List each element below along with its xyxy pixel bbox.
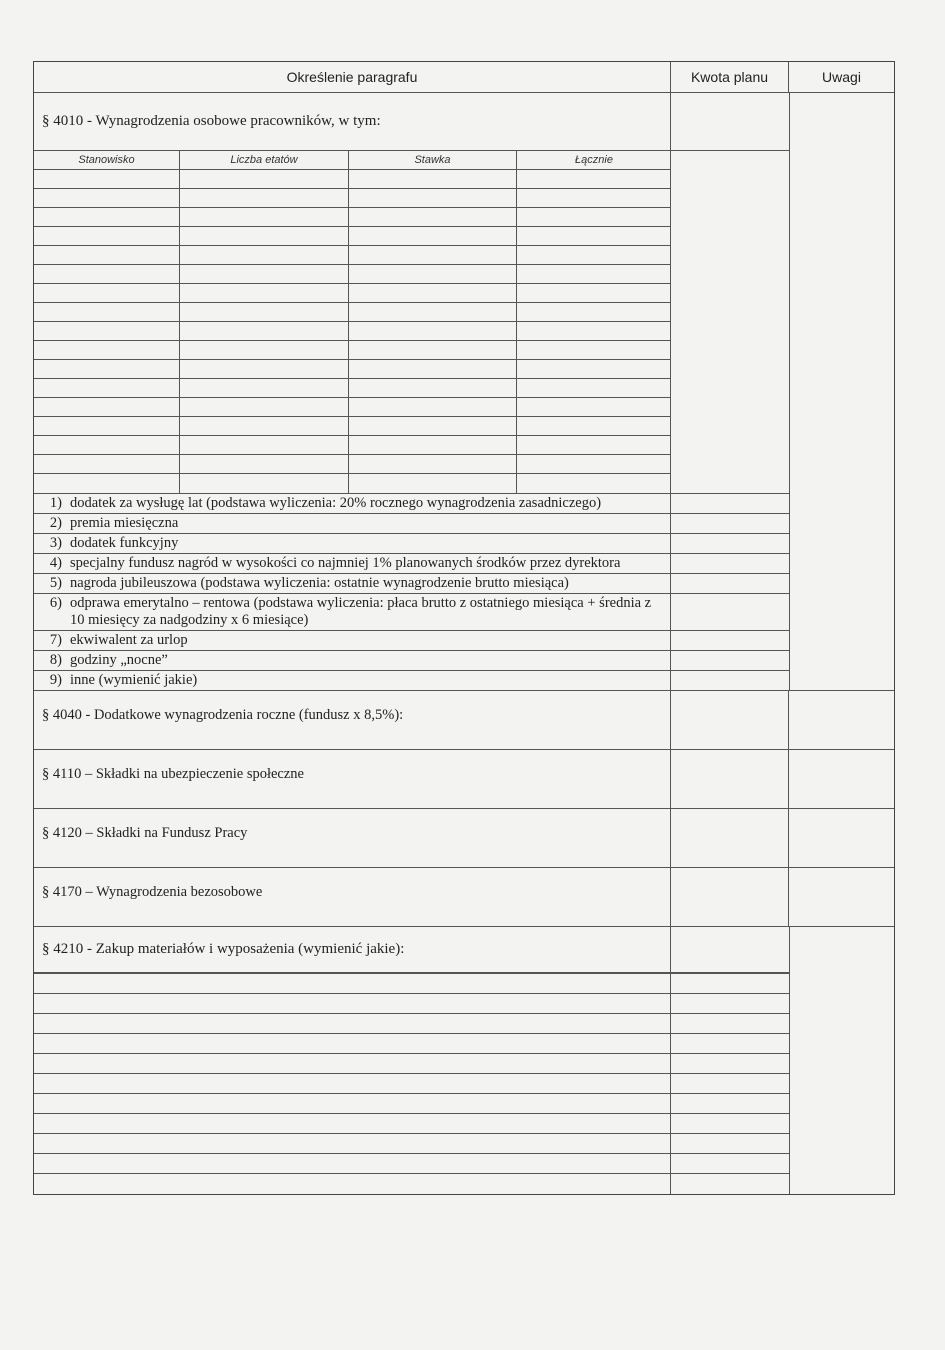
staff-table-input-cell[interactable] — [180, 379, 349, 398]
staff-table-input-cell[interactable] — [349, 341, 517, 360]
item-label: specjalny fundusz nagród w wysokości co … — [70, 555, 670, 572]
staff-table-input-cell[interactable] — [34, 455, 180, 474]
staff-table-input-cell[interactable] — [517, 455, 671, 474]
staff-table-input-cell[interactable] — [349, 417, 517, 436]
item-number: 6) — [34, 595, 70, 629]
staff-table-input-cell[interactable] — [34, 379, 180, 398]
staff-table-input-cell[interactable] — [180, 170, 349, 189]
list-item: 2)premia miesięczna — [34, 514, 789, 534]
material-description-field[interactable] — [34, 1074, 671, 1093]
staff-table-input-cell[interactable] — [34, 436, 180, 455]
item-amount-field[interactable] — [671, 494, 789, 513]
item-amount-field[interactable] — [671, 651, 789, 670]
staff-table-input-cell[interactable] — [180, 265, 349, 284]
staff-table-input-cell[interactable] — [34, 398, 180, 417]
list-item: 6)odprawa emerytalno – rentowa (podstawa… — [34, 594, 789, 631]
material-amount-field[interactable] — [671, 1074, 789, 1093]
staff-table-input-cell[interactable] — [517, 436, 671, 455]
paragraph-notes-field[interactable] — [789, 868, 894, 926]
material-description-field[interactable] — [34, 1114, 671, 1133]
material-row — [34, 1174, 789, 1194]
staff-table-input-cell[interactable] — [517, 303, 671, 322]
list-item: 1)dodatek za wysługę lat (podstawa wylic… — [34, 494, 789, 514]
staff-table-header-cell: Stawka — [349, 151, 517, 170]
staff-table-input-cell[interactable] — [349, 398, 517, 417]
material-description-field[interactable] — [34, 1154, 671, 1173]
staff-table-input-cell[interactable] — [180, 189, 349, 208]
material-row — [34, 1134, 789, 1154]
paragraph-amount-field[interactable] — [671, 691, 789, 749]
list-item: 8)godziny „nocne” — [34, 651, 789, 671]
material-row — [34, 1014, 789, 1034]
staff-table-input-cell[interactable] — [517, 189, 671, 208]
paragraph-amount-field[interactable] — [671, 868, 789, 926]
materials-rows — [34, 973, 789, 1194]
item-label: ekwiwalent za urlop — [70, 632, 670, 649]
item-label: dodatek funkcyjny — [70, 535, 670, 552]
material-amount-field[interactable] — [671, 1114, 789, 1133]
staff-table-input-cell[interactable] — [517, 227, 671, 246]
staff-table-input-cell[interactable] — [34, 322, 180, 341]
section-4210-title: § 4210 - Zakup materiałów i wyposażenia … — [34, 941, 404, 958]
material-row — [34, 1074, 789, 1094]
staff-table-input-cell[interactable] — [517, 246, 671, 265]
staff-table-input-cell[interactable] — [34, 341, 180, 360]
staff-table-input-cell[interactable] — [349, 227, 517, 246]
item-amount-field[interactable] — [671, 574, 789, 593]
material-amount-field[interactable] — [671, 1154, 789, 1173]
section-4210-notes-field[interactable] — [790, 927, 894, 1194]
staff-table-input-cell[interactable] — [517, 284, 671, 303]
material-amount-field[interactable] — [671, 1134, 789, 1153]
staff-table-input-cell[interactable] — [180, 322, 349, 341]
section-4010: § 4010 - Wynagrodzenia osobowe pracownik… — [34, 93, 894, 691]
staff-table-input-cell[interactable] — [517, 341, 671, 360]
paragraph-title: § 4040 - Dodatkowe wynagrodzenia roczne … — [34, 691, 671, 749]
paragraph-row: § 4110 – Składki na ubezpieczenie społec… — [34, 750, 894, 809]
staff-table-input-cell[interactable] — [180, 284, 349, 303]
staff-table-input-cell[interactable] — [34, 474, 180, 493]
staff-table-input-cell[interactable] — [34, 227, 180, 246]
material-row — [34, 994, 789, 1014]
item-label: dodatek za wysługę lat (podstawa wylicze… — [70, 495, 670, 512]
staff-table-input-cell[interactable] — [517, 474, 671, 493]
section-4010-title: § 4010 - Wynagrodzenia osobowe pracownik… — [34, 113, 381, 130]
section-4010-items: 1)dodatek za wysługę lat (podstawa wylic… — [34, 494, 789, 690]
material-row — [34, 1034, 789, 1054]
staff-table-input-cell[interactable] — [349, 455, 517, 474]
staff-table-input-cell[interactable] — [349, 246, 517, 265]
paragraph-title: § 4120 – Składki na Fundusz Pracy — [34, 809, 671, 867]
item-amount-field[interactable] — [671, 534, 789, 553]
staff-table-input-cell[interactable] — [517, 265, 671, 284]
header-amount: Kwota planu — [671, 62, 789, 92]
staff-table-input-cell[interactable] — [180, 417, 349, 436]
staff-table-input-cell[interactable] — [349, 360, 517, 379]
staff-table-input-cell[interactable] — [34, 265, 180, 284]
material-description-field[interactable] — [34, 1094, 671, 1113]
paragraph-notes-field[interactable] — [789, 750, 894, 808]
material-amount-field[interactable] — [671, 1014, 789, 1033]
material-row — [34, 1114, 789, 1134]
paragraph-row: § 4040 - Dodatkowe wynagrodzenia roczne … — [34, 691, 894, 750]
list-item: 4)specjalny fundusz nagród w wysokości c… — [34, 554, 789, 574]
staff-table-header-cell: Łącznie — [517, 151, 671, 170]
staff-table-input-cell[interactable] — [349, 265, 517, 284]
form-header-row: Określenie paragrafu Kwota planu Uwagi — [34, 62, 894, 93]
staff-table-input-cell[interactable] — [180, 455, 349, 474]
material-amount-field[interactable] — [671, 1034, 789, 1053]
staff-table-input-cell[interactable] — [180, 474, 349, 493]
staff-table-input-cell[interactable] — [180, 360, 349, 379]
staff-table-input-cell[interactable] — [34, 189, 180, 208]
staff-table-input-cell[interactable] — [349, 474, 517, 493]
item-amount-field[interactable] — [671, 594, 789, 630]
item-amount-field[interactable] — [671, 514, 789, 533]
paragraph-rows: § 4040 - Dodatkowe wynagrodzenia roczne … — [34, 691, 894, 927]
staff-table-input-cell[interactable] — [349, 284, 517, 303]
staff-table-input-cell[interactable] — [180, 341, 349, 360]
staff-table-input-cell[interactable] — [34, 360, 180, 379]
header-description: Określenie paragrafu — [34, 62, 671, 92]
material-amount-field[interactable] — [671, 1054, 789, 1073]
staff-table-input-cell[interactable] — [349, 208, 517, 227]
material-row — [34, 974, 789, 994]
staff-table-input-cell[interactable] — [180, 398, 349, 417]
staff-table-input-cell[interactable] — [349, 170, 517, 189]
staff-table-input-cell[interactable] — [34, 208, 180, 227]
material-description-field[interactable] — [34, 1134, 671, 1153]
paragraph-title: § 4170 – Wynagrodzenia bezosobowe — [34, 868, 671, 926]
header-notes: Uwagi — [789, 62, 894, 92]
list-item: 3)dodatek funkcyjny — [34, 534, 789, 554]
list-item: 5)nagroda jubileuszowa (podstawa wylicze… — [34, 574, 789, 594]
paragraph-notes-field[interactable] — [789, 691, 894, 749]
staff-table-input-cell[interactable] — [517, 170, 671, 189]
staff-table-input-cell[interactable] — [34, 303, 180, 322]
material-description-field[interactable] — [34, 1014, 671, 1033]
staff-table-input-cell[interactable] — [517, 417, 671, 436]
material-description-field[interactable] — [34, 1174, 671, 1194]
material-row — [34, 1054, 789, 1074]
item-label: godziny „nocne” — [70, 652, 670, 669]
staff-table-input-cell[interactable] — [517, 398, 671, 417]
material-description-field[interactable] — [34, 1054, 671, 1073]
staff-table-input-cell[interactable] — [517, 208, 671, 227]
list-item: 9)inne (wymienić jakie) — [34, 671, 789, 690]
item-amount-field[interactable] — [671, 554, 789, 573]
item-label: premia miesięczna — [70, 515, 670, 532]
paragraph-amount-field[interactable] — [671, 809, 789, 867]
staff-table: StanowiskoLiczba etatówStawkaŁącznie — [34, 151, 670, 493]
material-amount-field[interactable] — [671, 974, 789, 993]
staff-table-amount-field[interactable] — [671, 151, 789, 493]
paragraph-title: § 4110 – Składki na ubezpieczenie społec… — [34, 750, 671, 808]
staff-table-input-cell[interactable] — [180, 246, 349, 265]
staff-table-input-cell[interactable] — [517, 322, 671, 341]
staff-table-input-cell[interactable] — [34, 170, 180, 189]
staff-table-input-cell[interactable] — [349, 322, 517, 341]
staff-table-input-cell[interactable] — [180, 303, 349, 322]
item-label: nagroda jubileuszowa (podstawa wyliczeni… — [70, 575, 670, 592]
staff-table-input-cell[interactable] — [349, 189, 517, 208]
staff-table-input-cell[interactable] — [34, 246, 180, 265]
item-number: 5) — [34, 575, 70, 592]
item-label: inne (wymienić jakie) — [70, 672, 670, 689]
staff-table-input-cell[interactable] — [349, 303, 517, 322]
material-row — [34, 1154, 789, 1174]
staff-table-header-cell: Liczba etatów — [180, 151, 349, 170]
staff-table-input-cell[interactable] — [180, 208, 349, 227]
staff-table-input-cell[interactable] — [349, 436, 517, 455]
item-number: 8) — [34, 652, 70, 669]
material-description-field[interactable] — [34, 974, 671, 993]
staff-table-input-cell[interactable] — [180, 436, 349, 455]
item-number: 1) — [34, 495, 70, 512]
staff-table-input-cell[interactable] — [349, 379, 517, 398]
staff-table-input-cell[interactable] — [34, 417, 180, 436]
section-4010-notes-field[interactable] — [790, 93, 894, 690]
material-row — [34, 1094, 789, 1114]
staff-table-input-cell[interactable] — [517, 379, 671, 398]
section-4010-amount-field[interactable] — [671, 93, 789, 150]
item-number: 9) — [34, 672, 70, 689]
staff-table-input-cell[interactable] — [34, 284, 180, 303]
material-amount-field[interactable] — [671, 994, 789, 1013]
item-label: odprawa emerytalno – rentowa (podstawa w… — [70, 595, 670, 629]
item-number: 2) — [34, 515, 70, 532]
item-amount-field[interactable] — [671, 671, 789, 690]
material-amount-field[interactable] — [671, 1094, 789, 1113]
paragraph-notes-field[interactable] — [789, 809, 894, 867]
staff-table-header-cell: Stanowisko — [34, 151, 180, 170]
section-4210-amount-field[interactable] — [671, 927, 789, 972]
section-4210: § 4210 - Zakup materiałów i wyposażenia … — [34, 927, 894, 1194]
material-description-field[interactable] — [34, 994, 671, 1013]
material-description-field[interactable] — [34, 1034, 671, 1053]
paragraph-row: § 4170 – Wynagrodzenia bezosobowe — [34, 868, 894, 927]
item-number: 7) — [34, 632, 70, 649]
paragraph-row: § 4120 – Składki na Fundusz Pracy — [34, 809, 894, 868]
material-amount-field[interactable] — [671, 1174, 789, 1194]
staff-table-input-cell[interactable] — [517, 360, 671, 379]
staff-table-input-cell[interactable] — [180, 227, 349, 246]
list-item: 7)ekwiwalent za urlop — [34, 631, 789, 651]
item-amount-field[interactable] — [671, 631, 789, 650]
budget-plan-form: Określenie paragrafu Kwota planu Uwagi §… — [33, 61, 895, 1195]
item-number: 4) — [34, 555, 70, 572]
item-number: 3) — [34, 535, 70, 552]
paragraph-amount-field[interactable] — [671, 750, 789, 808]
